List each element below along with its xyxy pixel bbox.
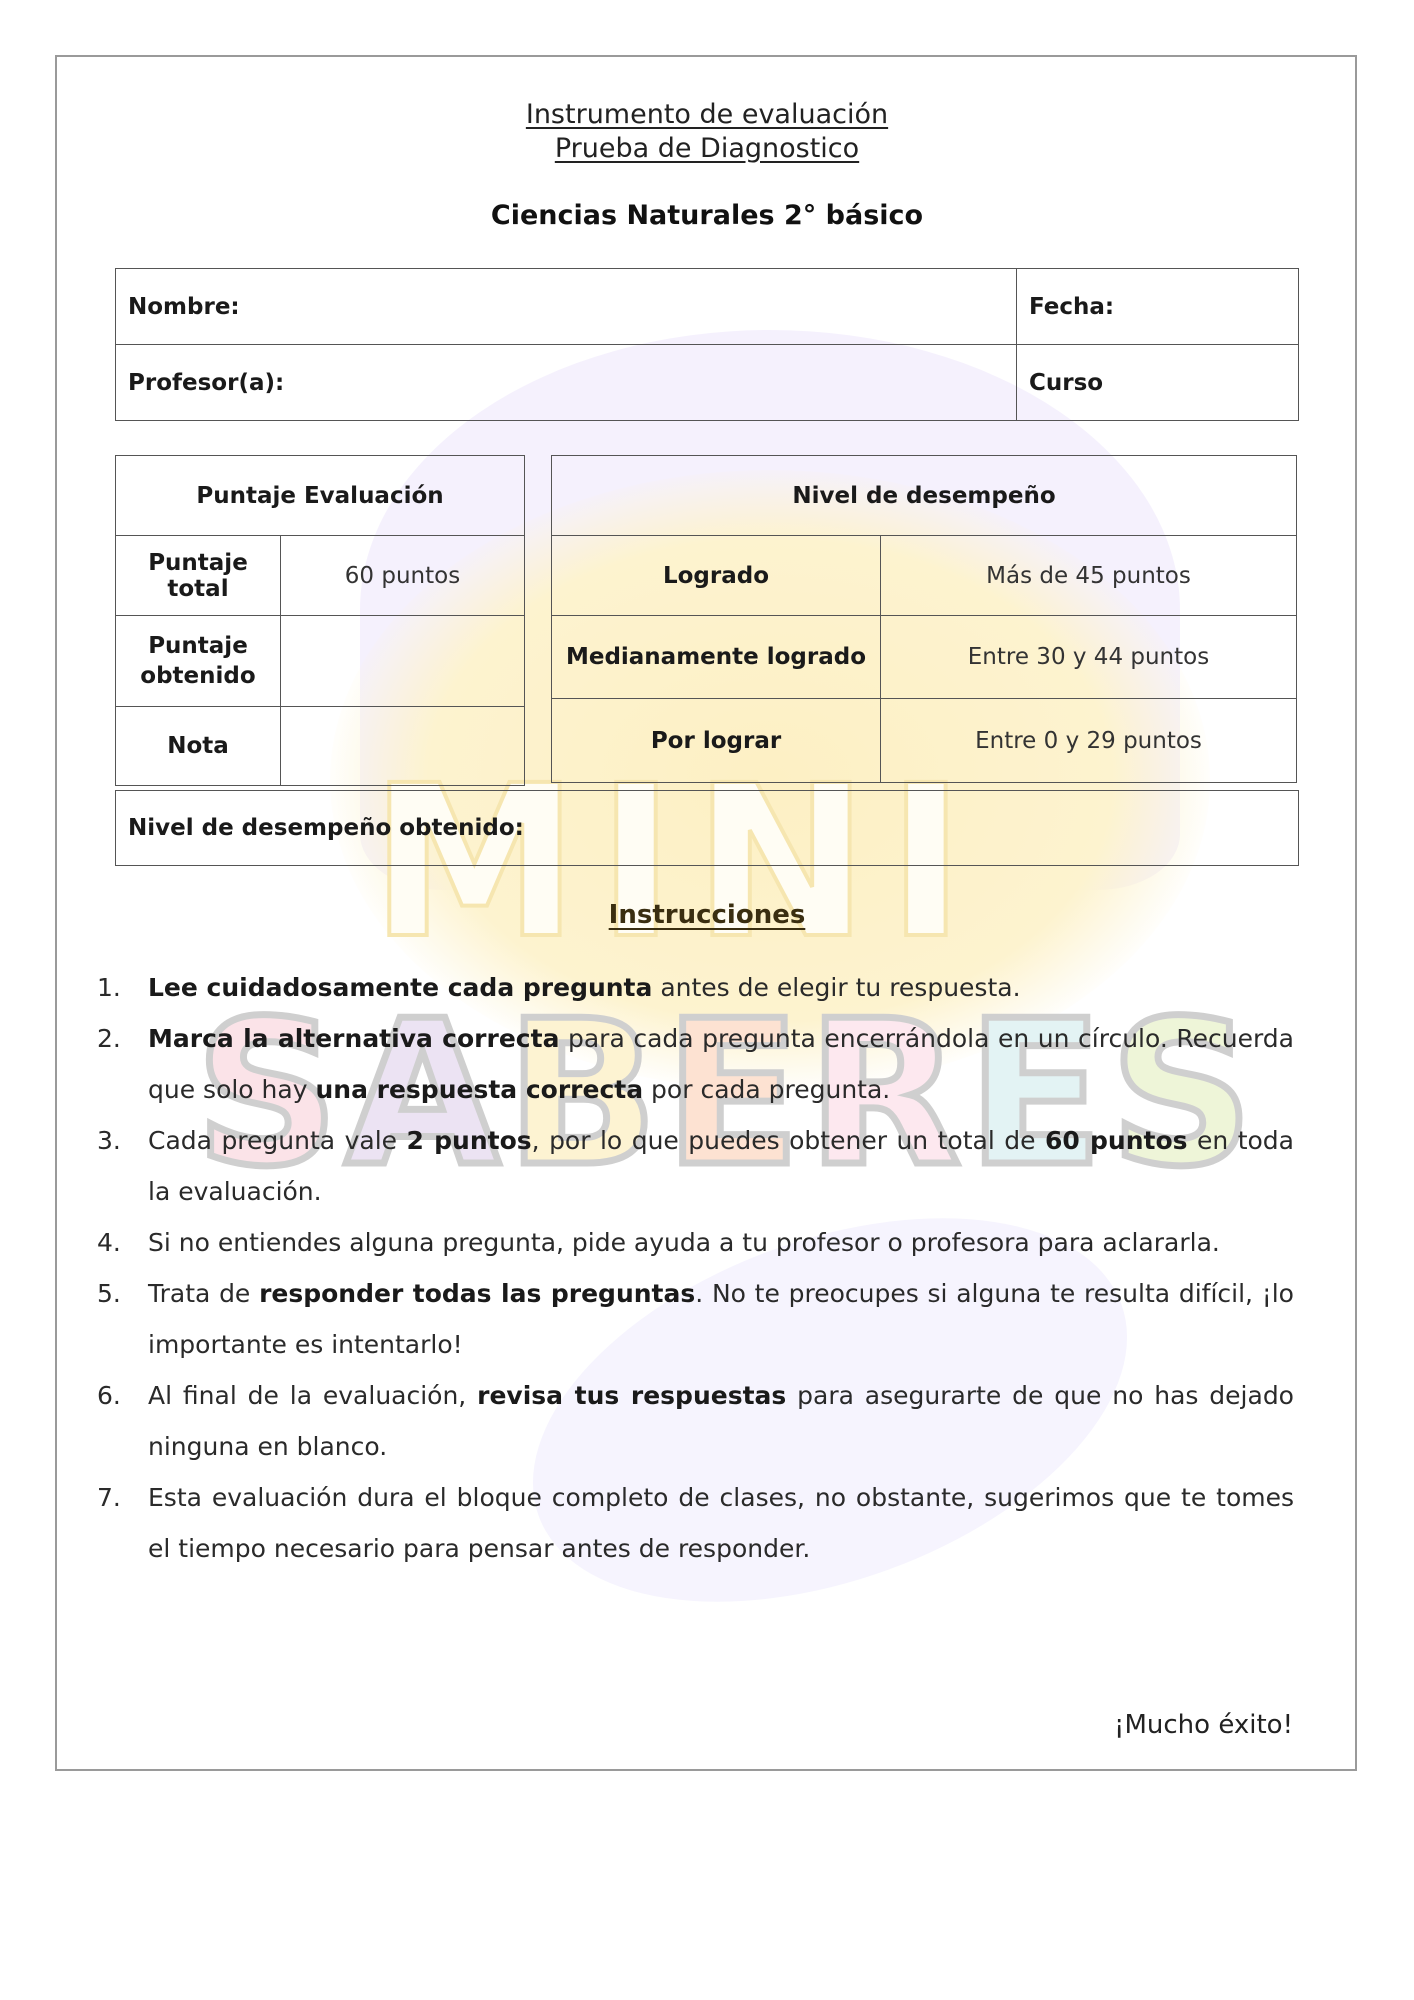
instruction-emphasis: revisa tus respuestas bbox=[477, 1381, 786, 1410]
instruction-emphasis: una respuesta correcta bbox=[315, 1075, 643, 1104]
level-achieved-label: Logrado bbox=[552, 536, 881, 616]
teacher-label: Profesor(a): bbox=[128, 370, 284, 396]
course-field[interactable]: Curso bbox=[1017, 345, 1299, 421]
grade-field[interactable] bbox=[281, 707, 525, 786]
student-info-table: Nombre: Fecha: Profesor(a): Curso bbox=[115, 268, 1299, 421]
score-table-title: Puntaje Evaluación bbox=[116, 456, 525, 536]
instruction-item: 7.Esta evaluación dura el bloque complet… bbox=[97, 1472, 1294, 1574]
level-pending-range: Entre 0 y 29 puntos bbox=[881, 699, 1297, 783]
instruction-number: 5. bbox=[97, 1268, 121, 1319]
course-label: Curso bbox=[1029, 370, 1103, 396]
instruction-item: 3.Cada pregunta vale 2 puntos, por lo qu… bbox=[97, 1115, 1294, 1217]
instruction-number: 1. bbox=[97, 962, 121, 1013]
instruction-number: 6. bbox=[97, 1370, 121, 1421]
instruction-item: 2.Marca la alternativa correcta para cad… bbox=[97, 1013, 1294, 1115]
obtained-score-label: Puntaje obtenido bbox=[116, 616, 281, 707]
performance-level-table: Nivel de desempeño Logrado Más de 45 pun… bbox=[551, 455, 1297, 783]
total-score-label: Puntaje total bbox=[116, 536, 281, 616]
instruction-emphasis: Marca la alternativa correcta bbox=[148, 1024, 559, 1053]
level-achieved-range: Más de 45 puntos bbox=[881, 536, 1297, 616]
instruction-number: 4. bbox=[97, 1217, 121, 1268]
instruction-number: 3. bbox=[97, 1115, 121, 1166]
instructions-heading: Instrucciones bbox=[0, 900, 1414, 930]
instruction-number: 7. bbox=[97, 1472, 121, 1523]
date-label: Fecha: bbox=[1029, 294, 1114, 320]
instruction-item: 5.Trata de responder todas las preguntas… bbox=[97, 1268, 1294, 1370]
instruction-emphasis: 60 puntos bbox=[1045, 1126, 1188, 1155]
level-partial-range: Entre 30 y 44 puntos bbox=[881, 616, 1297, 699]
obtained-level-label: Nivel de desempeño obtenido: bbox=[128, 815, 524, 841]
obtained-level-field[interactable]: Nivel de desempeño obtenido: bbox=[115, 790, 1299, 866]
grade-label: Nota bbox=[116, 707, 281, 786]
teacher-field[interactable]: Profesor(a): bbox=[116, 345, 1017, 421]
instruction-number: 2. bbox=[97, 1013, 121, 1064]
score-table: Puntaje Evaluación Puntaje total 60 punt… bbox=[115, 455, 525, 786]
instruction-item: 4.Si no entiendes alguna pregunta, pide … bbox=[97, 1217, 1294, 1268]
date-field[interactable]: Fecha: bbox=[1017, 269, 1299, 345]
closing-message: ¡Mucho éxito! bbox=[1114, 1710, 1293, 1740]
instruction-emphasis: Lee cuidadosamente cada pregunta bbox=[148, 973, 652, 1002]
instruction-emphasis: responder todas las preguntas bbox=[259, 1279, 695, 1308]
level-partial-label: Medianamente logrado bbox=[552, 616, 881, 699]
level-table-title: Nivel de desempeño bbox=[552, 456, 1297, 536]
instruction-emphasis: 2 puntos bbox=[407, 1126, 532, 1155]
name-field[interactable]: Nombre: bbox=[116, 269, 1017, 345]
total-score-value: 60 puntos bbox=[281, 536, 525, 616]
document-title: Instrumento de evaluación bbox=[0, 99, 1414, 130]
obtained-score-field[interactable] bbox=[281, 616, 525, 707]
name-label: Nombre: bbox=[128, 294, 240, 320]
instruction-item: 1.Lee cuidadosamente cada pregunta antes… bbox=[97, 962, 1294, 1013]
instructions-list: 1.Lee cuidadosamente cada pregunta antes… bbox=[97, 962, 1294, 1574]
instruction-item: 6.Al final de la evaluación, revisa tus … bbox=[97, 1370, 1294, 1472]
level-pending-label: Por lograr bbox=[552, 699, 881, 783]
subject-heading: Ciencias Naturales 2° básico bbox=[0, 200, 1414, 231]
document-subtitle: Prueba de Diagnostico bbox=[0, 133, 1414, 164]
